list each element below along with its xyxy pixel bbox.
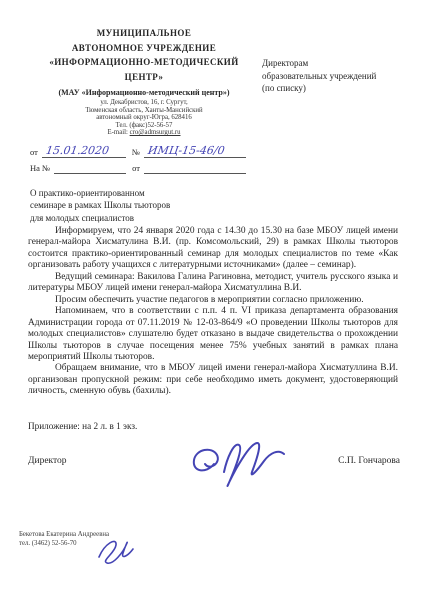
attachment-note: Приложение: на 2 л. в 1 экз.: [28, 421, 137, 431]
reference-block: от15.01.2020№ИМЦ-15-46/0 На №от: [30, 144, 250, 176]
recipient-line: образовательных учреждений: [262, 70, 412, 83]
email-address: cro@admsurgut.ru: [130, 129, 181, 136]
address-line: Тюменская область, Ханты-Мансийский: [28, 107, 260, 115]
date-field: 15.01.2020: [42, 144, 126, 158]
letter-body: Информируем, что 24 января 2020 года с 1…: [28, 226, 398, 398]
org-name-line: «ИНФОРМАЦИОННО-МЕТОДИЧЕСКИЙ: [28, 55, 260, 70]
subject-line: семинаре в рамках Школы тьюторов: [30, 199, 240, 211]
subject-line: для молодых специалистов: [30, 212, 240, 224]
phone-line: Тел. (факс)52-56-57: [28, 122, 260, 130]
email-line: E-mail: cro@admsurgut.ru: [28, 129, 260, 137]
org-name-line: АВТОНОМНОЕ УЧРЕЖДЕНИЕ: [28, 41, 260, 56]
body-paragraph: Ведущий семинара: Вакилова Галина Рагино…: [28, 272, 398, 295]
org-address: ул. Декабристов, 16, г. Сургут, Тюменска…: [28, 99, 260, 137]
executor-footer: Бекетова Екатерина Андреевна тел. (3462)…: [19, 531, 109, 548]
recipient-line: (по списку): [262, 82, 412, 95]
address-line: автономный округ-Югра, 628416: [28, 114, 260, 122]
from-label: от: [30, 147, 38, 158]
subject-line: О практико-ориентированном: [30, 187, 240, 199]
body-paragraph: Обращаем внимание, что в МБОУ лицей имен…: [28, 363, 398, 397]
outgoing-ref-row: от15.01.2020№ИМЦ-15-46/0: [30, 144, 250, 160]
letterhead: МУНИЦИПАЛЬНОЕ АВТОНОМНОЕ УЧРЕЖДЕНИЕ «ИНФ…: [28, 26, 260, 137]
org-name-line: ЦЕНТР»: [28, 70, 260, 85]
recipient-block: Директорам образовательных учреждений (п…: [262, 57, 412, 95]
number-label: №: [132, 147, 140, 158]
scanned-letter-page: МУНИЦИПАЛЬНОЕ АВТОНОМНОЕ УЧРЕЖДЕНИЕ «ИНФ…: [0, 0, 424, 599]
body-paragraph: Информируем, что 24 января 2020 года с 1…: [28, 226, 398, 272]
reply-label: На №: [30, 163, 50, 174]
handwritten-number: ИМЦ-15-46/0: [147, 144, 225, 157]
reply-from-label: от: [132, 163, 140, 174]
reply-number-field: [54, 160, 126, 174]
subject-block: О практико-ориентированном семинаре в ра…: [30, 187, 240, 224]
recipient-line: Директорам: [262, 57, 412, 70]
reply-date-field: [144, 160, 246, 174]
signer-position: Директор: [28, 456, 67, 466]
signature-ink-scribble: [180, 434, 300, 499]
org-short-name: (МАУ «Информационно-методический центр»): [28, 88, 260, 98]
body-paragraph: Напоминаем, что в соответствии с п.п. 4 …: [28, 306, 398, 363]
org-name-line: МУНИЦИПАЛЬНОЕ: [28, 26, 260, 41]
handwritten-date: 15.01.2020: [45, 144, 110, 157]
footer-ink-scribble: [89, 533, 139, 572]
signer-name: С.П. Гончарова: [338, 456, 400, 466]
incoming-ref-row: На №от: [30, 160, 250, 176]
address-line: ул. Декабристов, 16, г. Сургут,: [28, 99, 260, 107]
body-paragraph: Просим обеспечить участие педагогов в ме…: [28, 295, 398, 306]
email-label: E-mail:: [108, 129, 128, 136]
number-field: ИМЦ-15-46/0: [144, 144, 246, 158]
